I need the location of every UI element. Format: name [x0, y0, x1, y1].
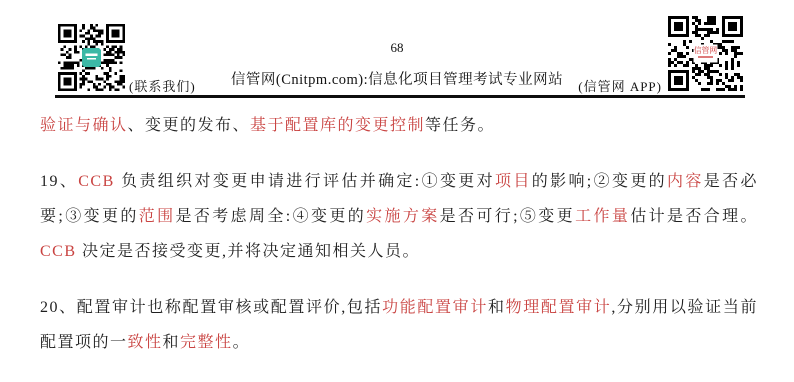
text-run: 和 — [488, 299, 506, 316]
text-run: 、变更的发布、 — [128, 117, 251, 134]
text-run: 20、配置审计也称配置审核或配置评价,包括 — [40, 299, 382, 316]
app-qr-label: (信管网 APP) — [578, 76, 662, 95]
text-run: 和 — [163, 334, 181, 351]
text-run: 实施方案 — [366, 208, 440, 225]
text-run: 基于配置库的变更控制 — [250, 117, 425, 134]
document-page: (联系我们) 68 信管网(Cnitpm.com):信息化项目管理考试专业网站 … — [0, 0, 794, 382]
text-run: 负责组织对变更申请进行评估并确定:①变更对 — [115, 173, 495, 190]
svg-text:信管网: 信管网 — [694, 45, 718, 55]
app-qr-code: 信管网 — [668, 16, 743, 91]
paragraph-continuation: 验证与确认、变更的发布、基于配置库的变更控制等任务。 — [40, 108, 758, 143]
document-body: 验证与确认、变更的发布、基于配置库的变更控制等任务。 19、CCB 负责组织对变… — [40, 108, 758, 381]
text-run: 是否可行;⑤变更 — [440, 208, 575, 225]
text-run: 项目 — [495, 173, 532, 190]
text-run: 的影响;②变更的 — [532, 173, 667, 190]
text-run: 验证与确认 — [40, 117, 128, 134]
text-run: 工作量 — [575, 208, 630, 225]
text-run: 决定是否接受变更,并将决定通知相关人员。 — [77, 243, 421, 260]
text-run: 范围 — [139, 208, 176, 225]
text-run: 是否考虑周全:④变更的 — [175, 208, 366, 225]
text-run: 估计是否合理。 — [630, 208, 758, 225]
text-run: 19、 — [40, 173, 78, 190]
paragraph-item-19: 19、CCB 负责组织对变更申请进行评估并确定:①变更对项目的影响;②变更的内容… — [40, 164, 758, 269]
text-run: CCB — [78, 173, 115, 190]
text-run: 功能配置审计 — [382, 299, 488, 316]
paragraph-item-20: 20、配置审计也称配置审核或配置评价,包括功能配置审计和物理配置审计,分别用以验… — [40, 290, 758, 360]
text-run: 内容 — [667, 173, 704, 190]
text-run: 致性 — [128, 334, 163, 351]
text-run: CCB — [40, 243, 77, 260]
text-run: 等任务。 — [425, 117, 495, 134]
text-run: 物理配置审计 — [506, 299, 612, 316]
text-run: 完整性 — [180, 334, 233, 351]
text-run: 。 — [233, 334, 251, 351]
header-divider — [55, 95, 745, 98]
